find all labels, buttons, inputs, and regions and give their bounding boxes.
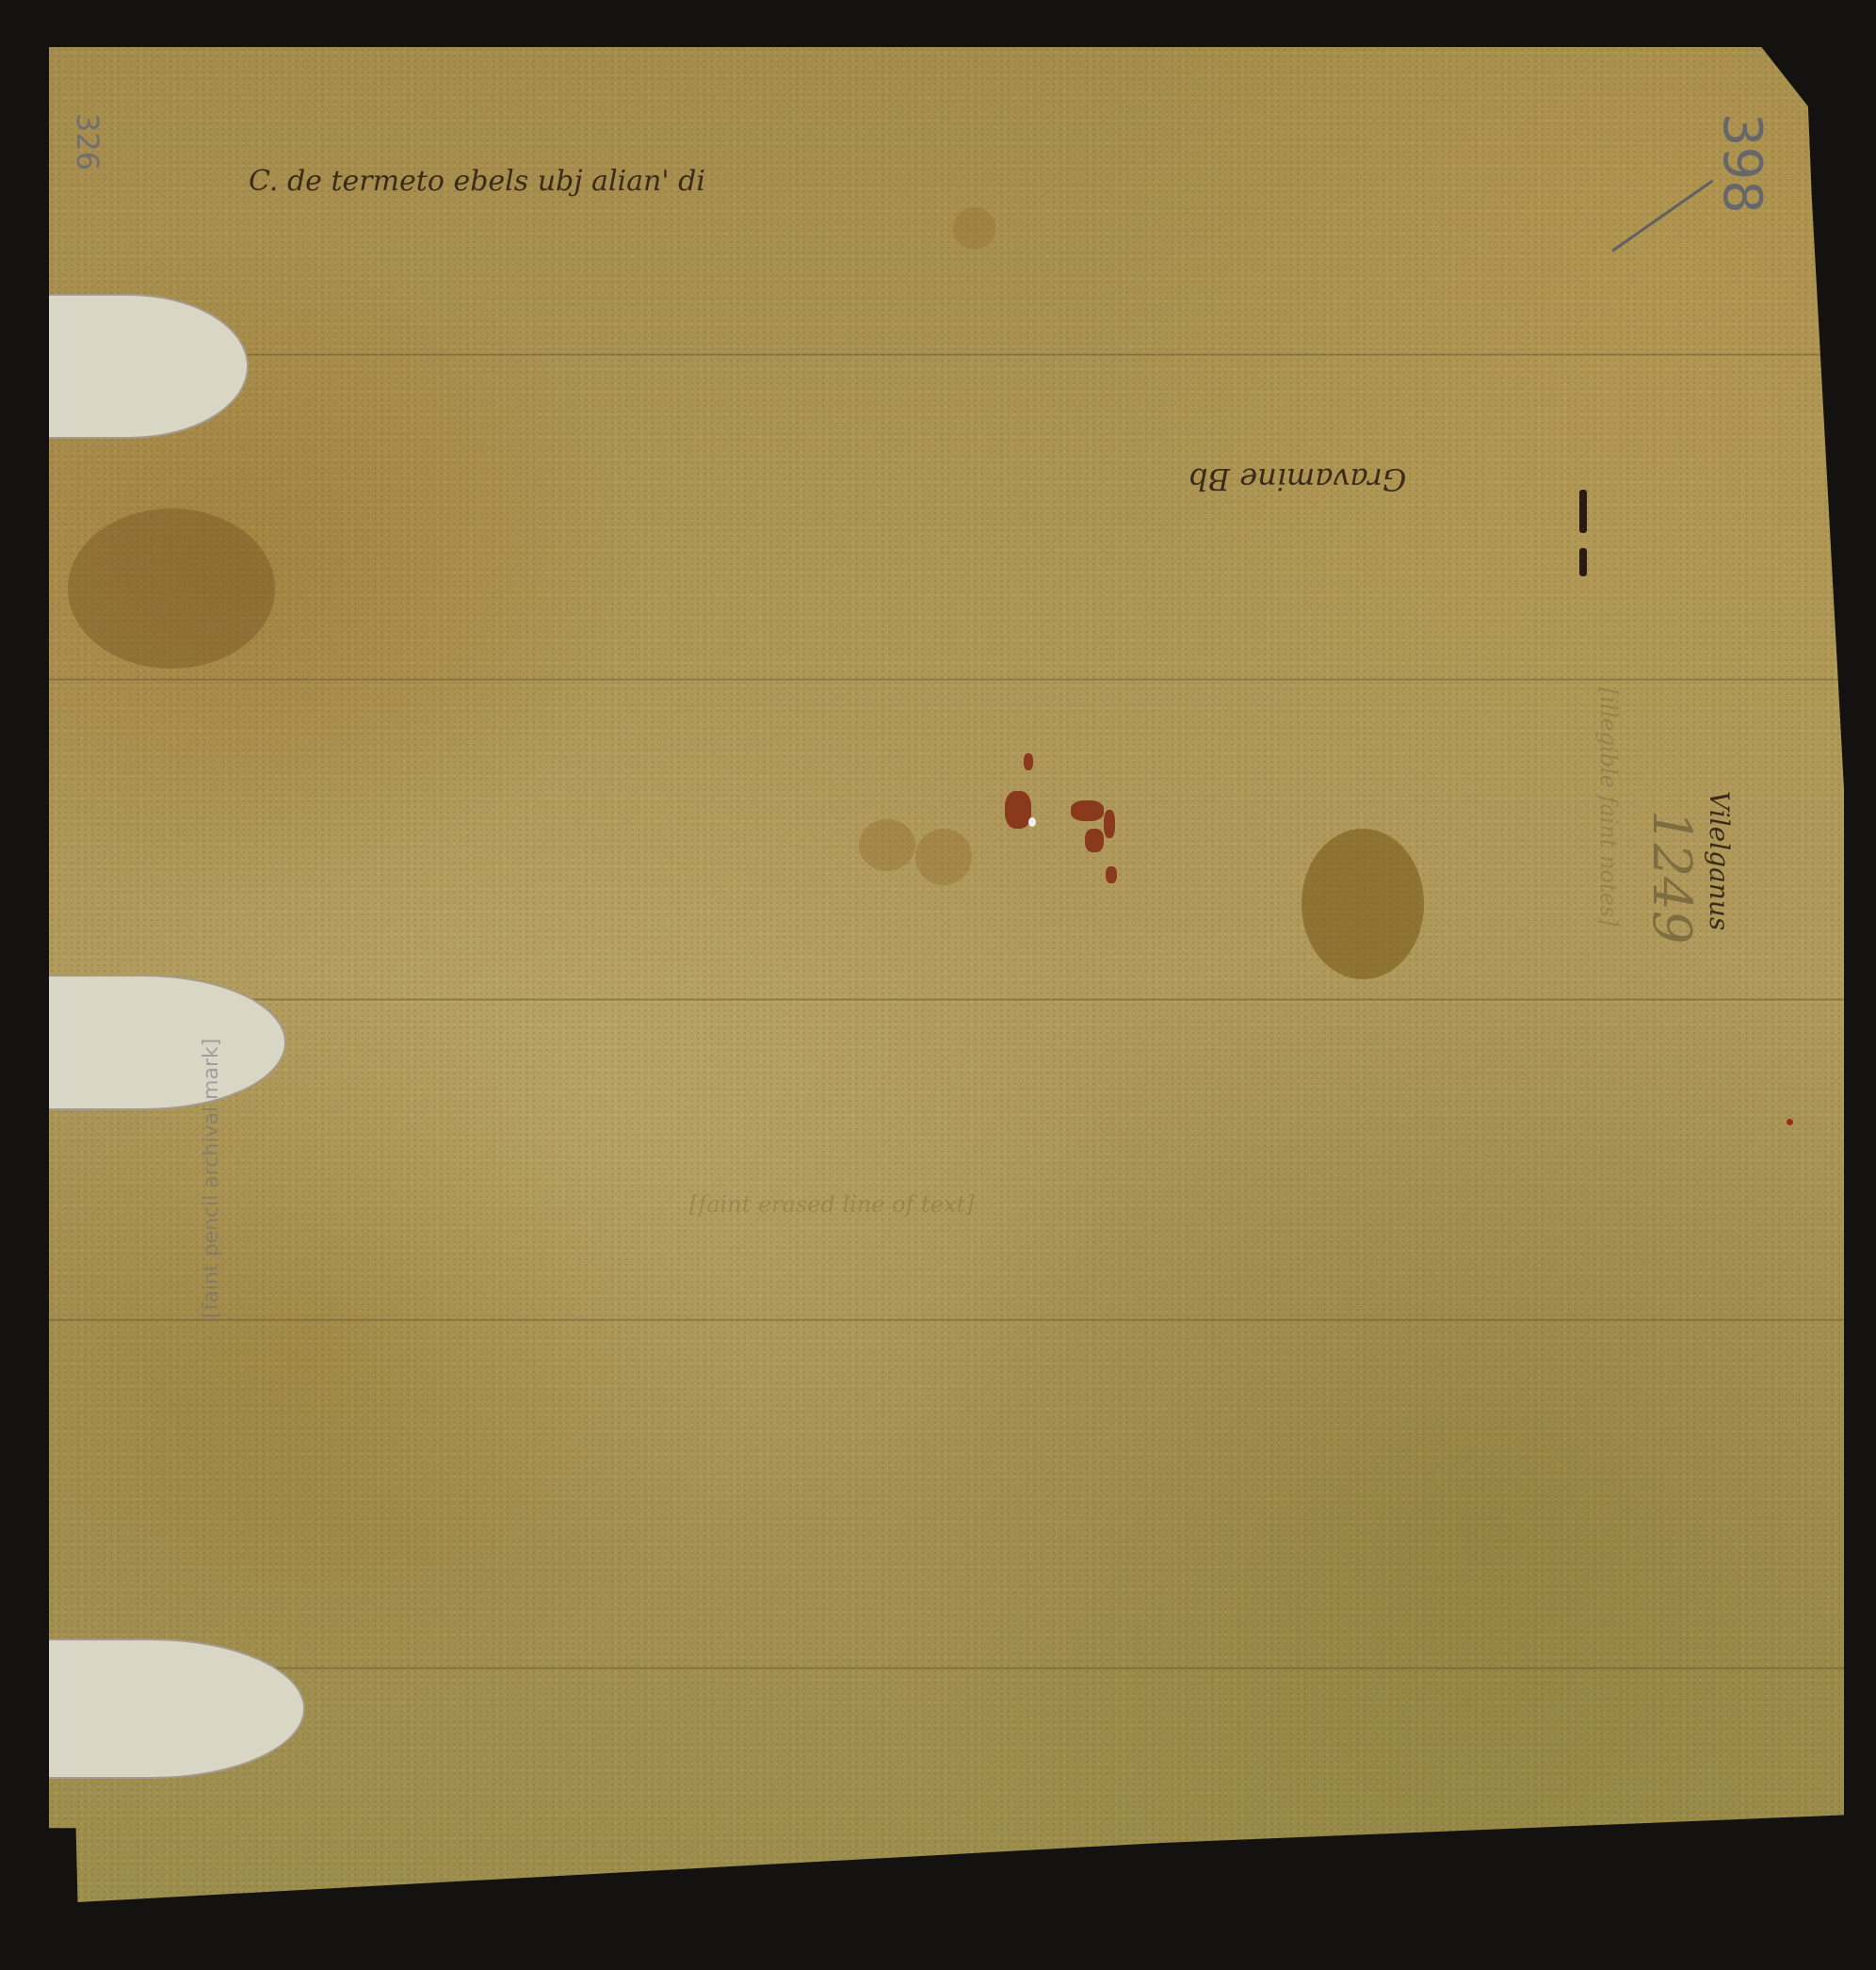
fold-line: [49, 998, 1844, 1001]
right-margin-name: Vilelganus: [1704, 791, 1735, 930]
brown-stain: [1302, 829, 1424, 979]
upside-down-note: Gravamine Bb: [1189, 461, 1406, 497]
faint-mid-line: [faint erased line of text]: [689, 1191, 974, 1218]
folio-number-left: 326: [70, 113, 105, 170]
water-stain: [68, 509, 275, 669]
archive-mark: [faint pencil archival mark]: [200, 1039, 223, 1318]
small-stain: [953, 207, 995, 250]
folio-number-right: 398: [1711, 113, 1772, 214]
pencil-date: 1249: [1641, 810, 1702, 945]
fold-line: [49, 1318, 1844, 1321]
fold-line: [49, 353, 1844, 356]
fold-line: [49, 678, 1844, 681]
red-dot: [1787, 1119, 1793, 1125]
faint-vertical-notes: [illegible faint notes]: [1595, 687, 1622, 927]
small-stain: [915, 829, 972, 885]
small-stain: [859, 819, 915, 871]
ink-dash: [1579, 548, 1587, 576]
parchment-grain: [49, 47, 1844, 1902]
top-docket-text: C. de termeto ebels ubj alian' di: [249, 165, 705, 198]
ink-dash: [1579, 490, 1587, 533]
parchment-sheet: C. de termeto ebels ubj alian' di Gravam…: [49, 47, 1844, 1902]
fold-line: [49, 1667, 1844, 1670]
